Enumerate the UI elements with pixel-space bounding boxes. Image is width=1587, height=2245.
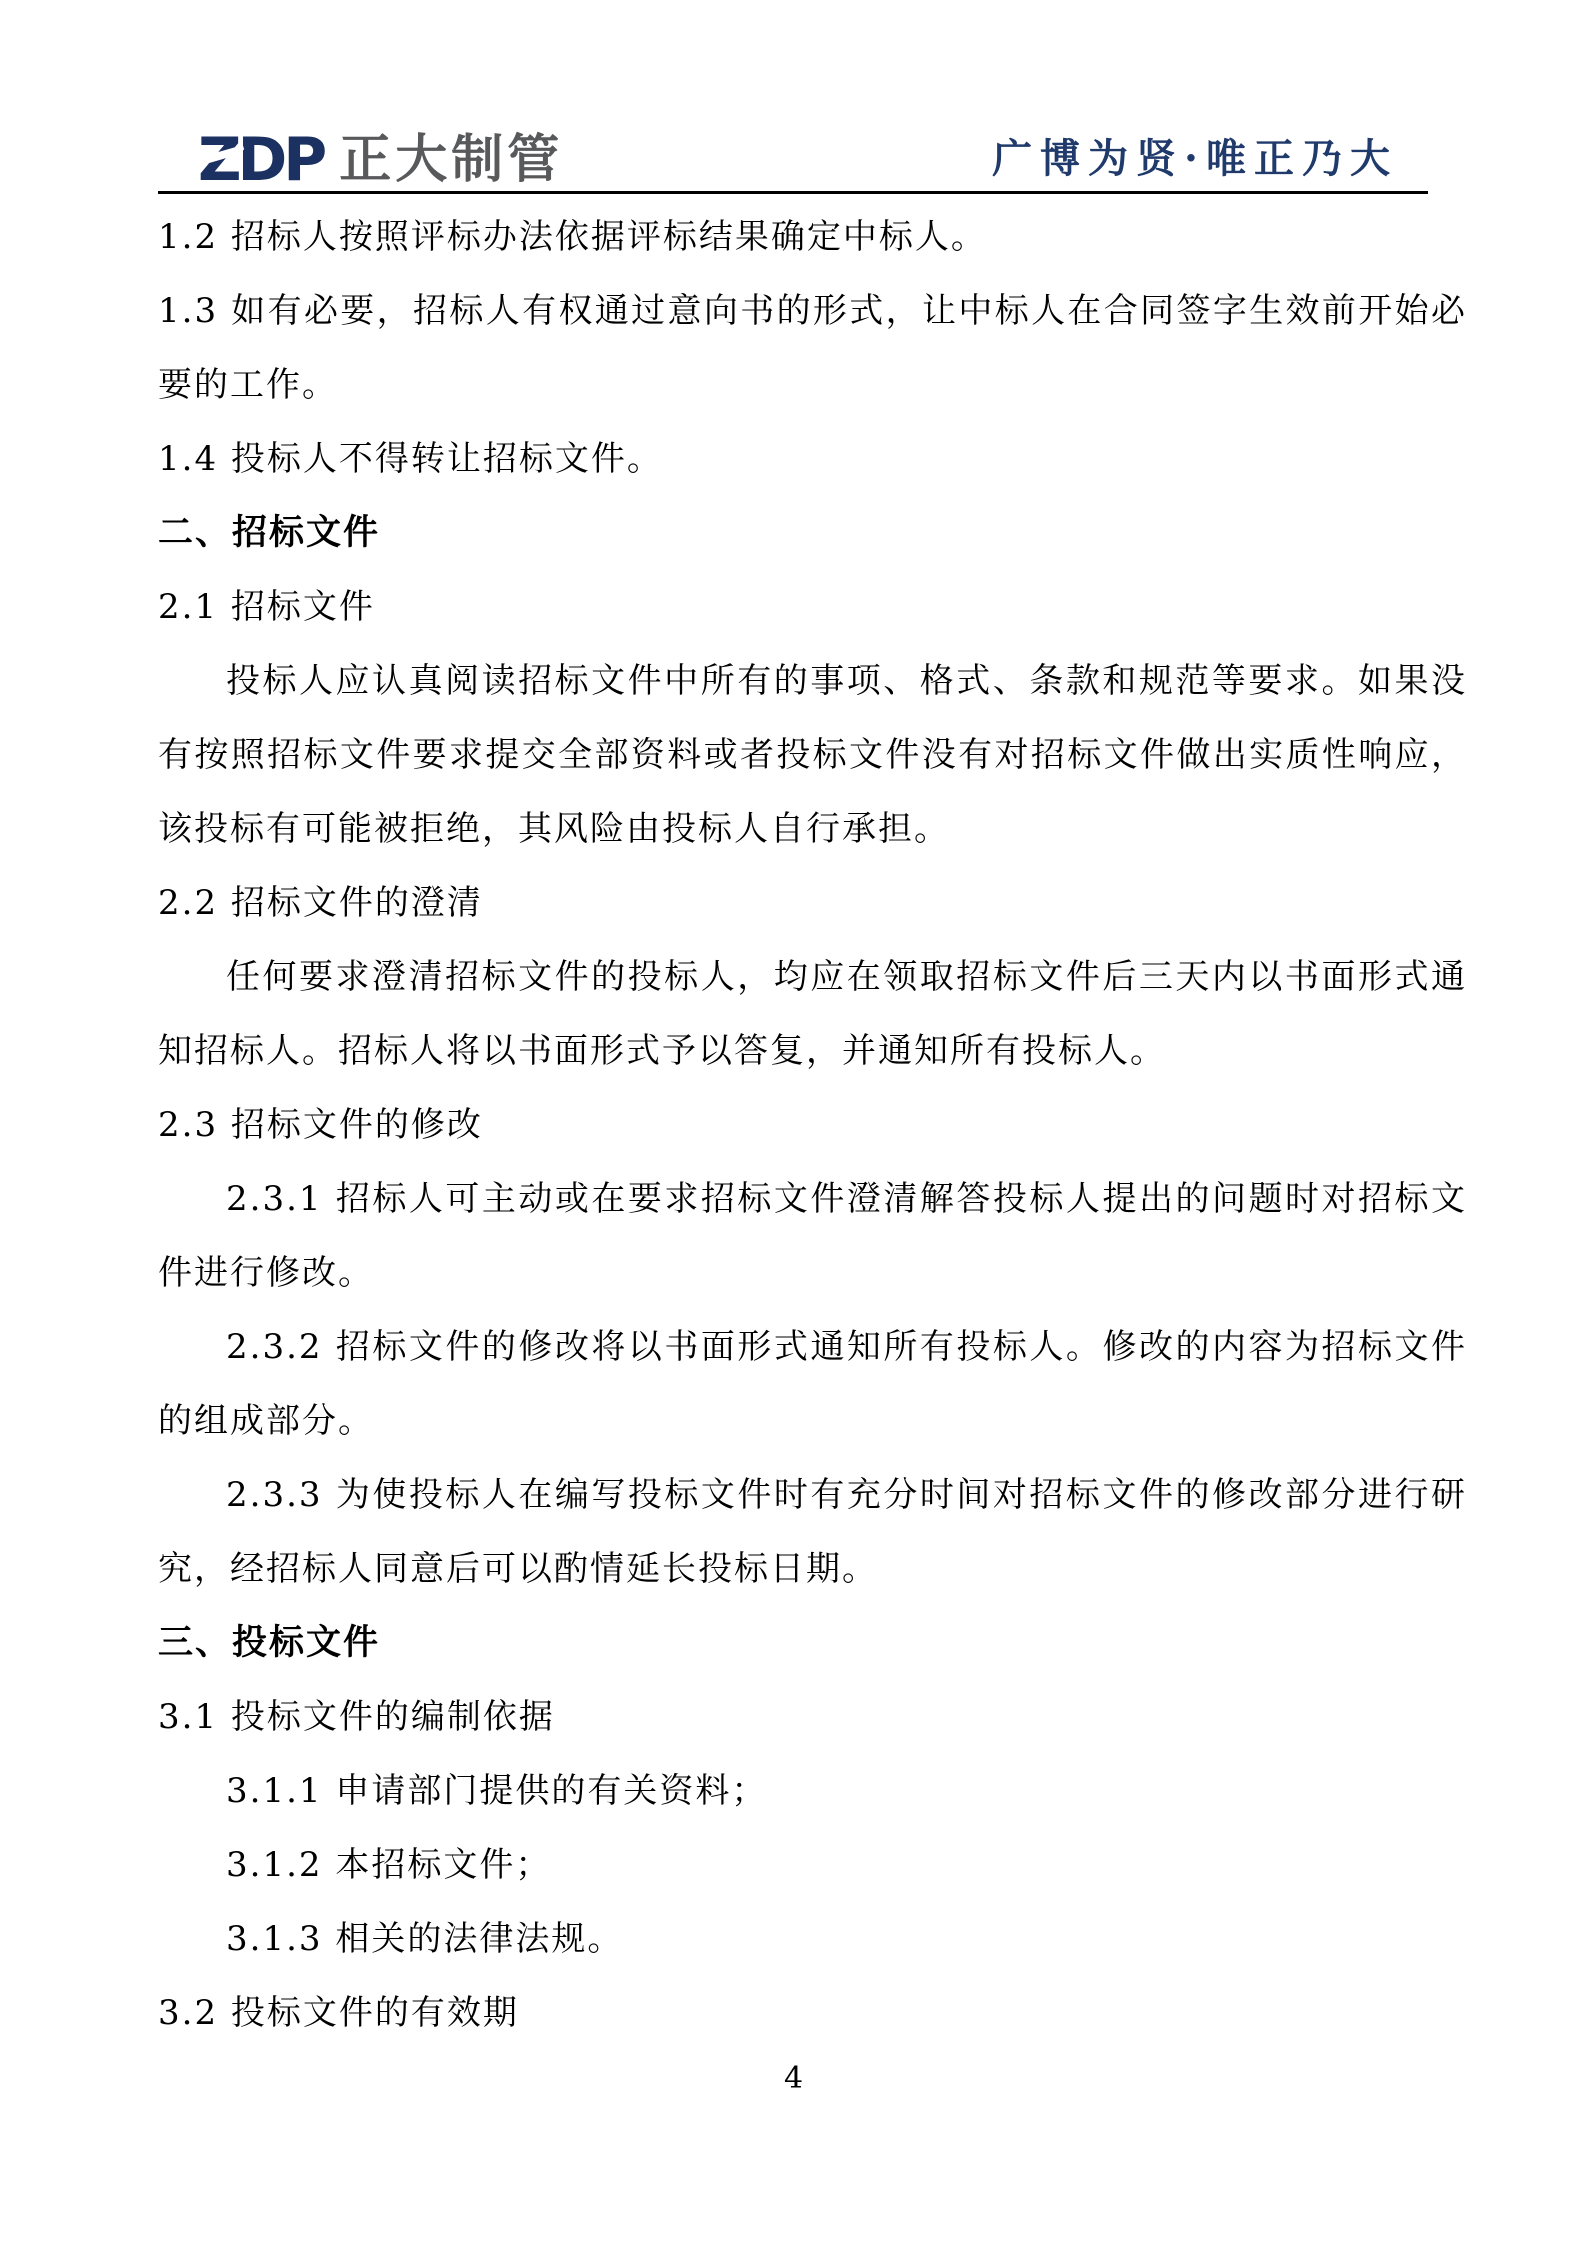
company-slogan: 广博为贤·唯正乃大: [992, 139, 1428, 185]
paragraph: 3.1.3 相关的法律法规。: [158, 1902, 1467, 1976]
section-heading: 三、投标文件: [158, 1606, 1467, 1680]
paragraph: 3.1 投标文件的编制依据: [158, 1680, 1467, 1754]
paragraph: 3.1.1 申请部门提供的有关资料；: [158, 1754, 1467, 1828]
paragraph: 1.3 如有必要，招标人有权通过意向书的形式，让中标人在合同签字生效前开始必要的…: [158, 274, 1467, 422]
paragraph: 1.4 投标人不得转让招标文件。: [158, 422, 1467, 496]
paragraph: 3.1.2 本招标文件；: [158, 1828, 1467, 1902]
zdp-logo-mark: ZDP: [198, 136, 323, 185]
paragraph: 任何要求澄清招标文件的投标人，均应在领取招标文件后三天内以书面形式通知招标人。招…: [158, 940, 1467, 1088]
company-name: 正大制管: [339, 137, 563, 185]
document-page: ZDP 正大制管 广博为贤·唯正乃大 1.2 招标人按照评标办法依据评标结果确定…: [0, 0, 1587, 2245]
paragraph: 2.3 招标文件的修改: [158, 1088, 1467, 1162]
company-logo: ZDP 正大制管: [158, 136, 563, 185]
paragraph: 2.3.2 招标文件的修改将以书面形式通知所有投标人。修改的内容为招标文件的组成…: [158, 1310, 1467, 1458]
paragraph: 2.1 招标文件: [158, 570, 1467, 644]
paragraph: 投标人应认真阅读招标文件中所有的事项、格式、条款和规范等要求。如果没有按照招标文…: [158, 644, 1467, 866]
section-heading: 二、招标文件: [158, 496, 1467, 570]
paragraph: 3.2 投标文件的有效期: [158, 1976, 1467, 2050]
page-header: ZDP 正大制管 广博为贤·唯正乃大: [158, 0, 1428, 194]
paragraph: 2.2 招标文件的澄清: [158, 866, 1467, 940]
document-body: 1.2 招标人按照评标办法依据评标结果确定中标人。1.3 如有必要，招标人有权通…: [158, 194, 1467, 2050]
page-number: 4: [784, 2061, 803, 2096]
paragraph: 2.3.1 招标人可主动或在要求招标文件澄清解答投标人提出的问题时对招标文件进行…: [158, 1162, 1467, 1310]
page-footer: 4: [0, 2056, 1587, 2102]
paragraph: 1.2 招标人按照评标办法依据评标结果确定中标人。: [158, 200, 1467, 274]
paragraph: 2.3.3 为使投标人在编写投标文件时有充分时间对招标文件的修改部分进行研究，经…: [158, 1458, 1467, 1606]
